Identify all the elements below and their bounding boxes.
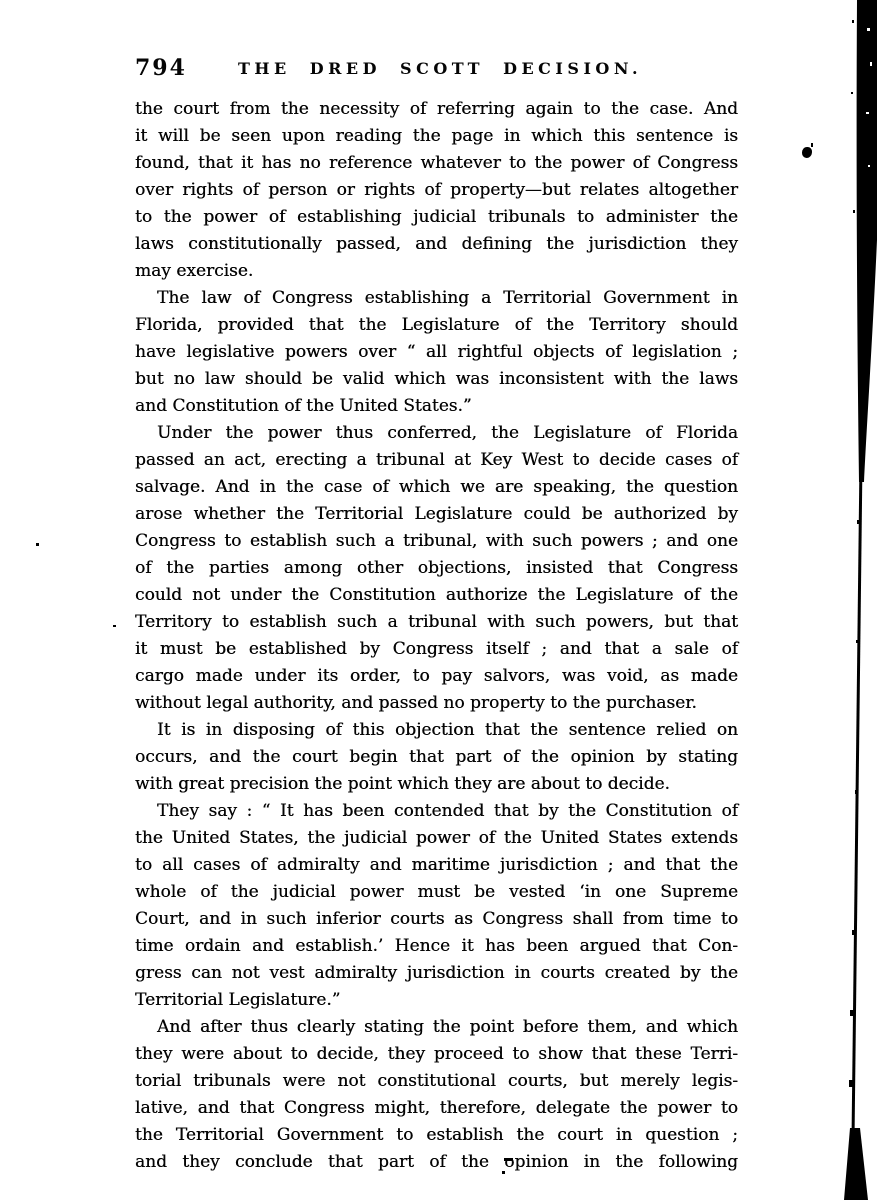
text-line: it must be established by Congress itsel…: [135, 636, 738, 663]
text-line: whole of the judicial power must be vest…: [135, 879, 738, 906]
text-line: found, that it has no reference whatever…: [135, 150, 738, 177]
text-line: occurs, and the court begin that part of…: [135, 744, 738, 771]
text-line: arose whether the Territorial Legislatur…: [135, 501, 738, 528]
text-line: gress can not vest admiralty jurisdictio…: [135, 960, 738, 987]
text-line: have legislative powers over “ all right…: [135, 339, 738, 366]
text-line: and Constitution of the United States.”: [135, 393, 738, 420]
paragraph: Under the power thus conferred, the Legi…: [135, 420, 738, 717]
text-line: It is in disposing of this objection tha…: [135, 717, 738, 744]
paragraph: the court from the necessity of referrin…: [135, 96, 738, 285]
text-line: Territory to establish such a tribunal w…: [135, 609, 738, 636]
ink-speck-artifact: [504, 1158, 513, 1161]
paragraph: They say : “ It has been contended that …: [135, 798, 738, 1014]
text-line: passed an act, erecting a tribunal at Ke…: [135, 447, 738, 474]
text-line: the United States, the judicial power of…: [135, 825, 738, 852]
ink-blot-artifact: [802, 147, 812, 158]
page-body: the court from the necessity of referrin…: [135, 96, 738, 1176]
running-header-title: THE DRED SCOTT DECISION.: [200, 59, 680, 78]
text-line: Congress to establish such a tribunal, w…: [135, 528, 738, 555]
text-line: may exercise.: [135, 258, 738, 285]
text-line: the court from the necessity of referrin…: [135, 96, 738, 123]
ink-speck-artifact: [36, 543, 39, 546]
text-line: to the power of establishing judicial tr…: [135, 204, 738, 231]
ink-speck-artifact: [502, 1171, 505, 1174]
page-number: 794: [135, 55, 187, 81]
text-line: cargo made under its order, to pay salvo…: [135, 663, 738, 690]
text-line: it will be seen upon reading the page in…: [135, 123, 738, 150]
text-line: time ordain and establish.’ Hence it has…: [135, 933, 738, 960]
text-line: without legal authority, and passed no p…: [135, 690, 738, 717]
text-line: salvage. And in the case of which we are…: [135, 474, 738, 501]
text-line: they were about to decide, they proceed …: [135, 1041, 738, 1068]
text-line: lative, and that Congress might, therefo…: [135, 1095, 738, 1122]
text-line: torial tribunals were not constitutional…: [135, 1068, 738, 1095]
paragraph: It is in disposing of this objection tha…: [135, 717, 738, 798]
text-line: to all cases of admiralty and maritime j…: [135, 852, 738, 879]
text-line: but no law should be valid which was inc…: [135, 366, 738, 393]
text-line: And after thus clearly stating the point…: [135, 1014, 738, 1041]
ink-speck-artifact: [113, 625, 116, 627]
text-line: and they conclude that part of the opini…: [135, 1149, 738, 1176]
text-line: the Territorial Government to establish …: [135, 1122, 738, 1149]
text-line: with great precision the point which the…: [135, 771, 738, 798]
text-line: Florida, provided that the Legislature o…: [135, 312, 738, 339]
text-line: Territorial Legislature.”: [135, 987, 738, 1014]
paragraph: And after thus clearly stating the point…: [135, 1014, 738, 1176]
text-line: The law of Congress establishing a Terri…: [135, 285, 738, 312]
text-line: over rights of person or rights of prope…: [135, 177, 738, 204]
text-line: laws constitutionally passed, and defini…: [135, 231, 738, 258]
text-line: could not under the Constitution authori…: [135, 582, 738, 609]
scan-edge-shadow-artifact: [837, 0, 877, 1200]
scanned-book-page: 794 THE DRED SCOTT DECISION. the court f…: [0, 0, 877, 1200]
text-line: Court, and in such inferior courts as Co…: [135, 906, 738, 933]
text-line: They say : “ It has been contended that …: [135, 798, 738, 825]
text-line: of the parties among other objections, i…: [135, 555, 738, 582]
paragraph: The law of Congress establishing a Terri…: [135, 285, 738, 420]
text-line: Under the power thus conferred, the Legi…: [135, 420, 738, 447]
ink-speck-artifact: [811, 143, 813, 147]
